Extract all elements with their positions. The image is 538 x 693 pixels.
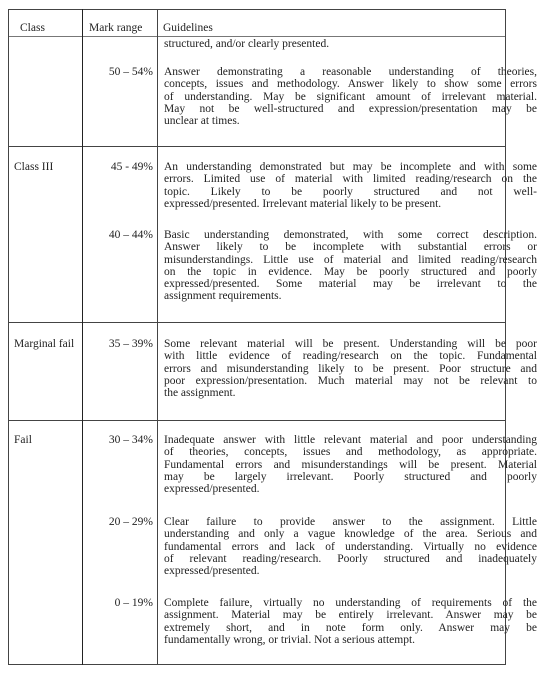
guideline-line: of theories, concepts, issues and method… bbox=[164, 446, 537, 458]
guideline-cell: Complete failure, virtually no understan… bbox=[164, 597, 537, 646]
guideline-line: Basic understanding demonstrated, with s… bbox=[164, 229, 537, 241]
class-cell: Fail bbox=[14, 434, 32, 446]
class-cell: Marginal fail bbox=[14, 338, 74, 350]
guideline-line: poor expression/presentation. Much mater… bbox=[164, 375, 537, 387]
header-guidelines: Guidelines bbox=[163, 22, 213, 34]
mark-range-cell: 50 – 54% bbox=[82, 66, 153, 78]
guideline-line: assignment. Material may be entirely irr… bbox=[164, 609, 537, 621]
guideline-line: errors and misunderstanding likely to be… bbox=[164, 363, 537, 375]
guideline-line: with little evidence of reading/research… bbox=[164, 350, 537, 362]
guideline-line: assignment requirements. bbox=[164, 290, 537, 302]
mark-range-cell: 0 – 19% bbox=[82, 597, 153, 609]
guideline-line: understanding and only a vague knowledge… bbox=[164, 528, 537, 540]
guideline-line: expressed/presented. Some material may b… bbox=[164, 278, 537, 290]
guideline-line: An understanding demonstrated but may be… bbox=[164, 161, 537, 173]
mark-range-cell: 20 – 29% bbox=[82, 516, 153, 528]
guideline-line: topic. Likely to be poorly structured an… bbox=[164, 186, 537, 198]
guideline-cell: An understanding demonstrated but may be… bbox=[164, 161, 537, 210]
mark-range-cell: 45 - 49% bbox=[82, 161, 153, 173]
column-divider bbox=[82, 9, 83, 665]
guideline-line: of understanding. May be significant amo… bbox=[164, 91, 537, 103]
guideline-cell: Basic understanding demonstrated, with s… bbox=[164, 229, 537, 303]
guideline-line: expressed/presented. bbox=[164, 565, 537, 577]
guideline-line: unclear at times. bbox=[164, 115, 537, 127]
guideline-line: of relevant reading/research. Poorly str… bbox=[164, 553, 537, 565]
class-cell: Class III bbox=[14, 161, 53, 173]
guideline-cell: Clear failure to provide answer to the a… bbox=[164, 516, 537, 577]
guideline-line: Complete failure, virtually no understan… bbox=[164, 597, 537, 609]
guideline-line: expressed/presented. bbox=[164, 483, 537, 495]
guideline-line: extremely short, and in note form only. … bbox=[164, 622, 537, 634]
guideline-line: may be largely irrelevant. Poorly struct… bbox=[164, 471, 537, 483]
guideline-line: Answer likely to be incomplete with subs… bbox=[164, 241, 537, 253]
guideline-line: concepts, issues and methodology. Answer… bbox=[164, 78, 537, 90]
guideline-line: the assignment. bbox=[164, 387, 537, 399]
column-divider bbox=[157, 9, 158, 665]
guideline-line: fundamental errors and lack of understan… bbox=[164, 541, 537, 553]
header-class: Class bbox=[20, 22, 45, 34]
header-mark-range: Mark range bbox=[89, 22, 142, 34]
mark-range-cell: 30 – 34% bbox=[82, 434, 153, 446]
guideline-cell: Answer demonstrating a reasonable unders… bbox=[164, 66, 537, 127]
mark-range-cell: 40 – 44% bbox=[82, 229, 153, 241]
guideline-line: Answer demonstrating a reasonable unders… bbox=[164, 66, 537, 78]
guideline-line: Some relevant material will be present. … bbox=[164, 338, 537, 350]
guideline-cell: Some relevant material will be present. … bbox=[164, 338, 537, 399]
guideline-line: May not be well-structured and expressio… bbox=[164, 103, 537, 115]
guideline-line: Inadequate answer with little relevant m… bbox=[164, 434, 537, 446]
guideline-line: misunderstandings. Little use of materia… bbox=[164, 254, 537, 266]
table-border-left bbox=[8, 9, 9, 665]
guideline-line: errors. Limited use of material with lim… bbox=[164, 173, 537, 185]
guideline-line: expressed/presented. Irrelevant material… bbox=[164, 198, 537, 210]
guideline-cell: Inadequate answer with little relevant m… bbox=[164, 434, 537, 495]
mark-range-cell: 35 – 39% bbox=[82, 338, 153, 350]
guideline-line: Clear failure to provide answer to the a… bbox=[164, 516, 537, 528]
guideline-line: Fundamental errors and misunderstandings… bbox=[164, 459, 537, 471]
guideline-line: fundamentally wrong, or trivial. Not a s… bbox=[164, 634, 537, 646]
guideline-line: on the topic in evidence. May be poorly … bbox=[164, 266, 537, 278]
guideline-continued: structured, and/or clearly presented. bbox=[164, 38, 329, 50]
